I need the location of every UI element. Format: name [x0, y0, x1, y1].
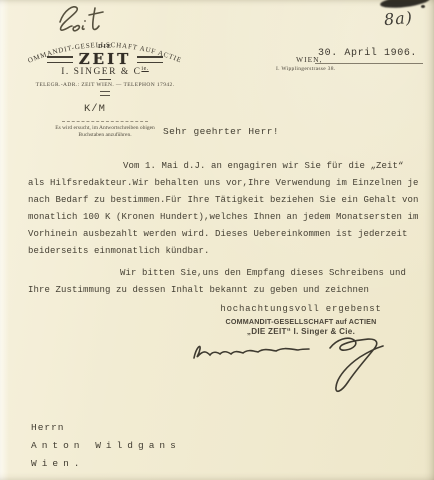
body-line: Vorhinein ausbezahlt werden wird. Dieses… [28, 226, 426, 243]
logo-right-rule [137, 56, 163, 63]
reference-dashed-rule [62, 121, 148, 122]
dateline-street: I. Wipplingerstrasse 38. [276, 66, 335, 72]
scanned-letter-page: 8a) COMMANDIT-GESELLSCHAFT AUF ACTIEN DI… [0, 0, 434, 480]
body-line: Ihre Zustimmung zu dessen Inhalt bekannt… [28, 282, 426, 299]
dateline-date-typed: 30. April 1906. [318, 48, 417, 59]
salutation: Sehr geehrter Herr! [163, 126, 279, 137]
firm-name-superscript: ie. [141, 66, 148, 72]
signature-left [194, 346, 309, 358]
dateline-underline [315, 63, 423, 64]
reference-note: Es wird ersucht, im Antwortschreiben obi… [26, 125, 184, 139]
letter-body: Vom 1. Mai d.J. an engagiren wir Sie für… [28, 158, 426, 299]
body-paragraph-2: Wir bitten Sie,uns den Empfang dieses Sc… [28, 265, 426, 299]
body-line: nach Bedarf zu bestimmen.Für Ihre Tätigk… [28, 192, 426, 209]
reference-note-line1: Es wird ersucht, im Antwortschreiben obi… [26, 125, 184, 132]
reference-code: K/M [84, 103, 106, 115]
letterhead-divider [99, 79, 111, 80]
archival-corner-mark: 8a) [383, 8, 414, 29]
handwritten-signatures [180, 332, 410, 397]
recipient-city: Wien. [31, 455, 181, 473]
letterhead-firm-name: I. SINGER & Cie. [25, 66, 185, 77]
scan-edge-strip [0, 0, 9, 480]
body-paragraph-1: Vom 1. Mai d.J. an engagiren wir Sie für… [28, 158, 426, 260]
body-line: als Hilfsredakteur.Wir behalten uns vor,… [28, 175, 426, 192]
signature-right [330, 338, 383, 391]
firm-name-main: I. SINGER & C [61, 67, 141, 77]
recipient-name: Anton Wildgans [31, 437, 181, 455]
recipient-salutation: Herrn [31, 419, 181, 437]
ink-smudge-dot [421, 5, 425, 8]
body-line: monatlich 100 K (Kronen Hundert),welches… [28, 209, 426, 226]
letterhead-telegraph-line: TELEGR.-ADR.: ZEIT WIEN. — TELEPHON 1794… [25, 82, 185, 88]
body-line: Wir bitten Sie,uns den Empfang dieses Sc… [28, 265, 426, 282]
company-stamp-line1: COMMANDIT-GESELLSCHAFT auf ACTIEN [194, 317, 409, 326]
valediction: hochachtungsvoll ergebenst [188, 304, 414, 314]
reference-note-line2: Buchstaben anzuführen. [26, 132, 184, 139]
body-line: Vom 1. Mai d.J. an engagiren wir Sie für… [28, 158, 426, 175]
letterhead-logo: DIE ZEIT [25, 44, 185, 68]
recipient-block: Herrn Anton Wildgans Wien. [31, 419, 181, 473]
logo-left-rule [47, 56, 73, 63]
letterhead-double-divider [100, 91, 110, 96]
body-line: beiderseits einmonatlich kündbar. [28, 243, 426, 260]
